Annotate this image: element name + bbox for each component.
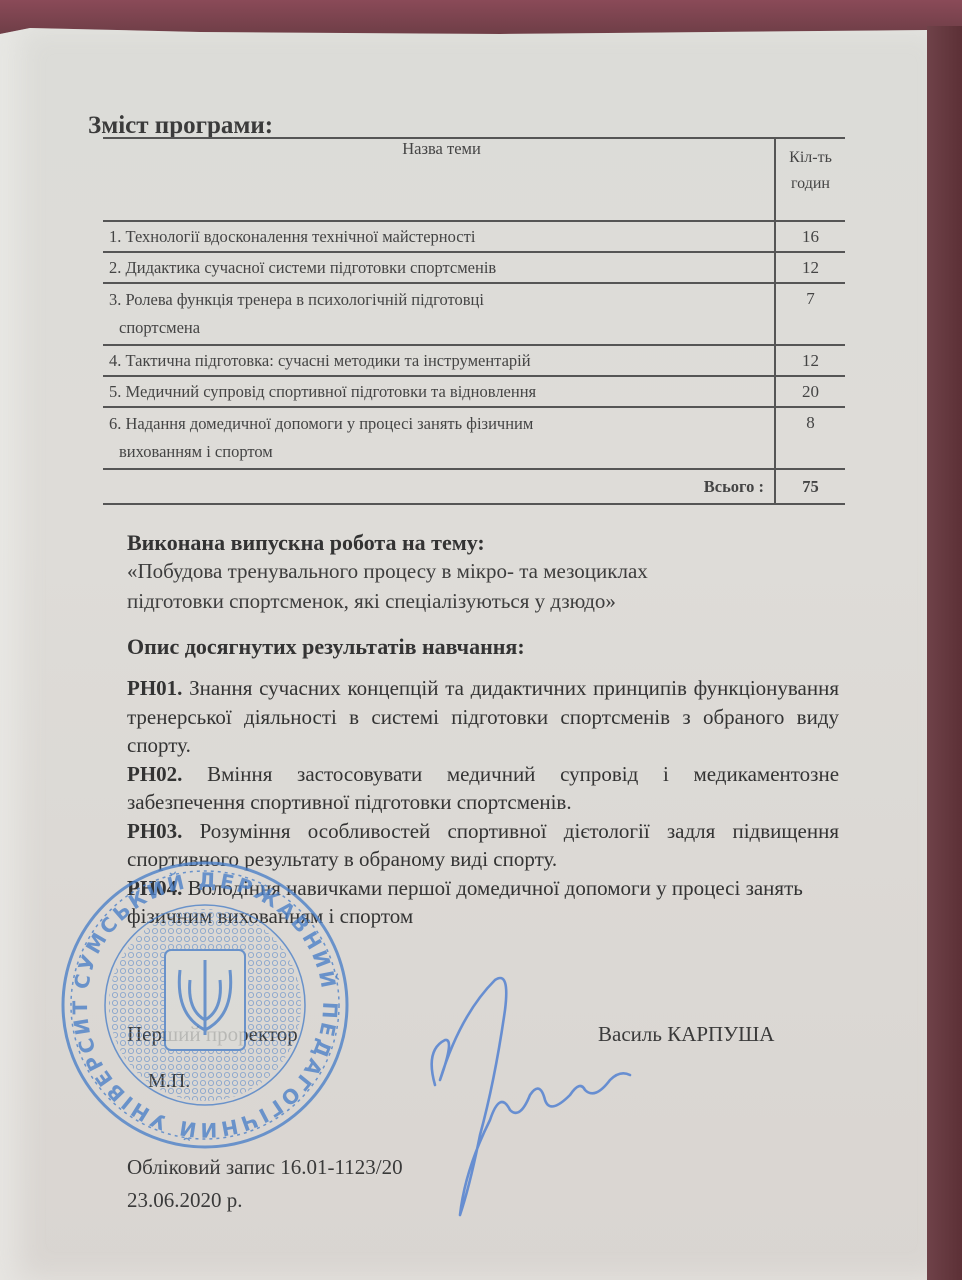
signer-position: Перший проректор bbox=[127, 1022, 298, 1047]
table-row: 1. Технології вдосконалення технічної ма… bbox=[103, 221, 845, 252]
table-header-row: Назва теми Кіл-ть годин bbox=[103, 138, 845, 221]
topic-line: 3. Ролева функція тренера в психологічні… bbox=[109, 290, 484, 309]
table-row: 6. Надання домедичної допомоги у процесі… bbox=[103, 407, 845, 469]
record-date: 23.06.2020 р. bbox=[127, 1188, 243, 1213]
thesis-section: Виконана випускна робота на тему: «Побуд… bbox=[127, 530, 839, 616]
hours-cell: 12 bbox=[775, 252, 845, 283]
topic-cell: 4. Тактична підготовка: сучасні методики… bbox=[103, 345, 775, 376]
outcomes-section-title: Опис досягнутих результатів навчання: bbox=[127, 634, 839, 660]
topic-cell: 1. Технології вдосконалення технічної ма… bbox=[103, 221, 775, 252]
outcome-code: РН03. bbox=[127, 819, 182, 843]
topic-cell: 5. Медичний супровід спортивної підготов… bbox=[103, 376, 775, 407]
topic-line: вихованням і спортом bbox=[109, 442, 273, 461]
outcomes-list: РН01. Знання сучасних концепцій та дидак… bbox=[127, 674, 839, 931]
outcome-code: РН04. bbox=[127, 876, 182, 900]
signer-name: Василь КАРПУША bbox=[598, 1022, 774, 1047]
thesis-topic-line: підготовки спортсменок, які спеціалізуют… bbox=[127, 586, 839, 616]
header-hours: Кіл-ть годин bbox=[775, 138, 845, 221]
contents-heading: Зміст програми: bbox=[88, 112, 273, 140]
outcome-item: РН01. Знання сучасних концепцій та дидак… bbox=[127, 674, 839, 760]
total-label: Всього : bbox=[103, 469, 775, 504]
outcome-text: Знання сучасних концепцій та дидактичних… bbox=[127, 676, 839, 757]
hours-cell: 16 bbox=[775, 221, 845, 252]
hours-cell: 7 bbox=[775, 283, 845, 345]
hours-cell: 20 bbox=[775, 376, 845, 407]
table-row: 2. Дидактика сучасної системи підготовки… bbox=[103, 252, 845, 283]
record-number: Обліковий запис 16.01-1123/20 bbox=[127, 1155, 403, 1180]
topic-line: 6. Надання домедичної допомоги у процесі… bbox=[109, 414, 533, 433]
table-row: 3. Ролева функція тренера в психологічні… bbox=[103, 283, 845, 345]
header-hours-line2: годин bbox=[791, 175, 830, 192]
outcome-text: Вміння застосовувати медичний супровід і… bbox=[127, 762, 839, 815]
program-table: Назва теми Кіл-ть годин 1. Технології вд… bbox=[103, 137, 845, 505]
thesis-topic-line: «Побудова тренувального процесу в мікро-… bbox=[127, 556, 839, 586]
topic-cell: 6. Надання домедичної допомоги у процесі… bbox=[103, 407, 775, 469]
table-row: 4. Тактична підготовка: сучасні методики… bbox=[103, 345, 845, 376]
outcome-item: РН04. Володіння навичками першої домедич… bbox=[127, 874, 839, 931]
topic-cell: 2. Дидактика сучасної системи підготовки… bbox=[103, 252, 775, 283]
total-hours: 75 bbox=[775, 469, 845, 504]
seal-mark: М.П. bbox=[148, 1070, 190, 1093]
thesis-title: Виконана випускна робота на тему: bbox=[127, 530, 839, 556]
outcome-code: РН01. bbox=[127, 676, 182, 700]
hours-cell: 12 bbox=[775, 345, 845, 376]
header-hours-line1: Кіл-ть bbox=[789, 149, 832, 166]
background-folder-edge bbox=[927, 26, 962, 1280]
table-row: 5. Медичний супровід спортивної підготов… bbox=[103, 376, 845, 407]
total-row: Всього : 75 bbox=[103, 469, 845, 504]
hours-cell: 8 bbox=[775, 407, 845, 469]
outcome-text: Розуміння особливостей спортивної дієтол… bbox=[127, 819, 839, 872]
outcome-code: РН02. bbox=[127, 762, 182, 786]
outcome-item: РН03. Розуміння особливостей спортивної … bbox=[127, 817, 839, 874]
outcome-item: РН02. Вміння застосовувати медичний супр… bbox=[127, 760, 839, 817]
topic-line: спортсмена bbox=[109, 318, 200, 337]
outcomes-title: Опис досягнутих результатів навчання: bbox=[127, 634, 839, 660]
header-topic: Назва теми bbox=[103, 138, 775, 221]
outcome-text: Володіння навичками першої домедичної до… bbox=[127, 876, 803, 929]
topic-cell: 3. Ролева функція тренера в психологічні… bbox=[103, 283, 775, 345]
